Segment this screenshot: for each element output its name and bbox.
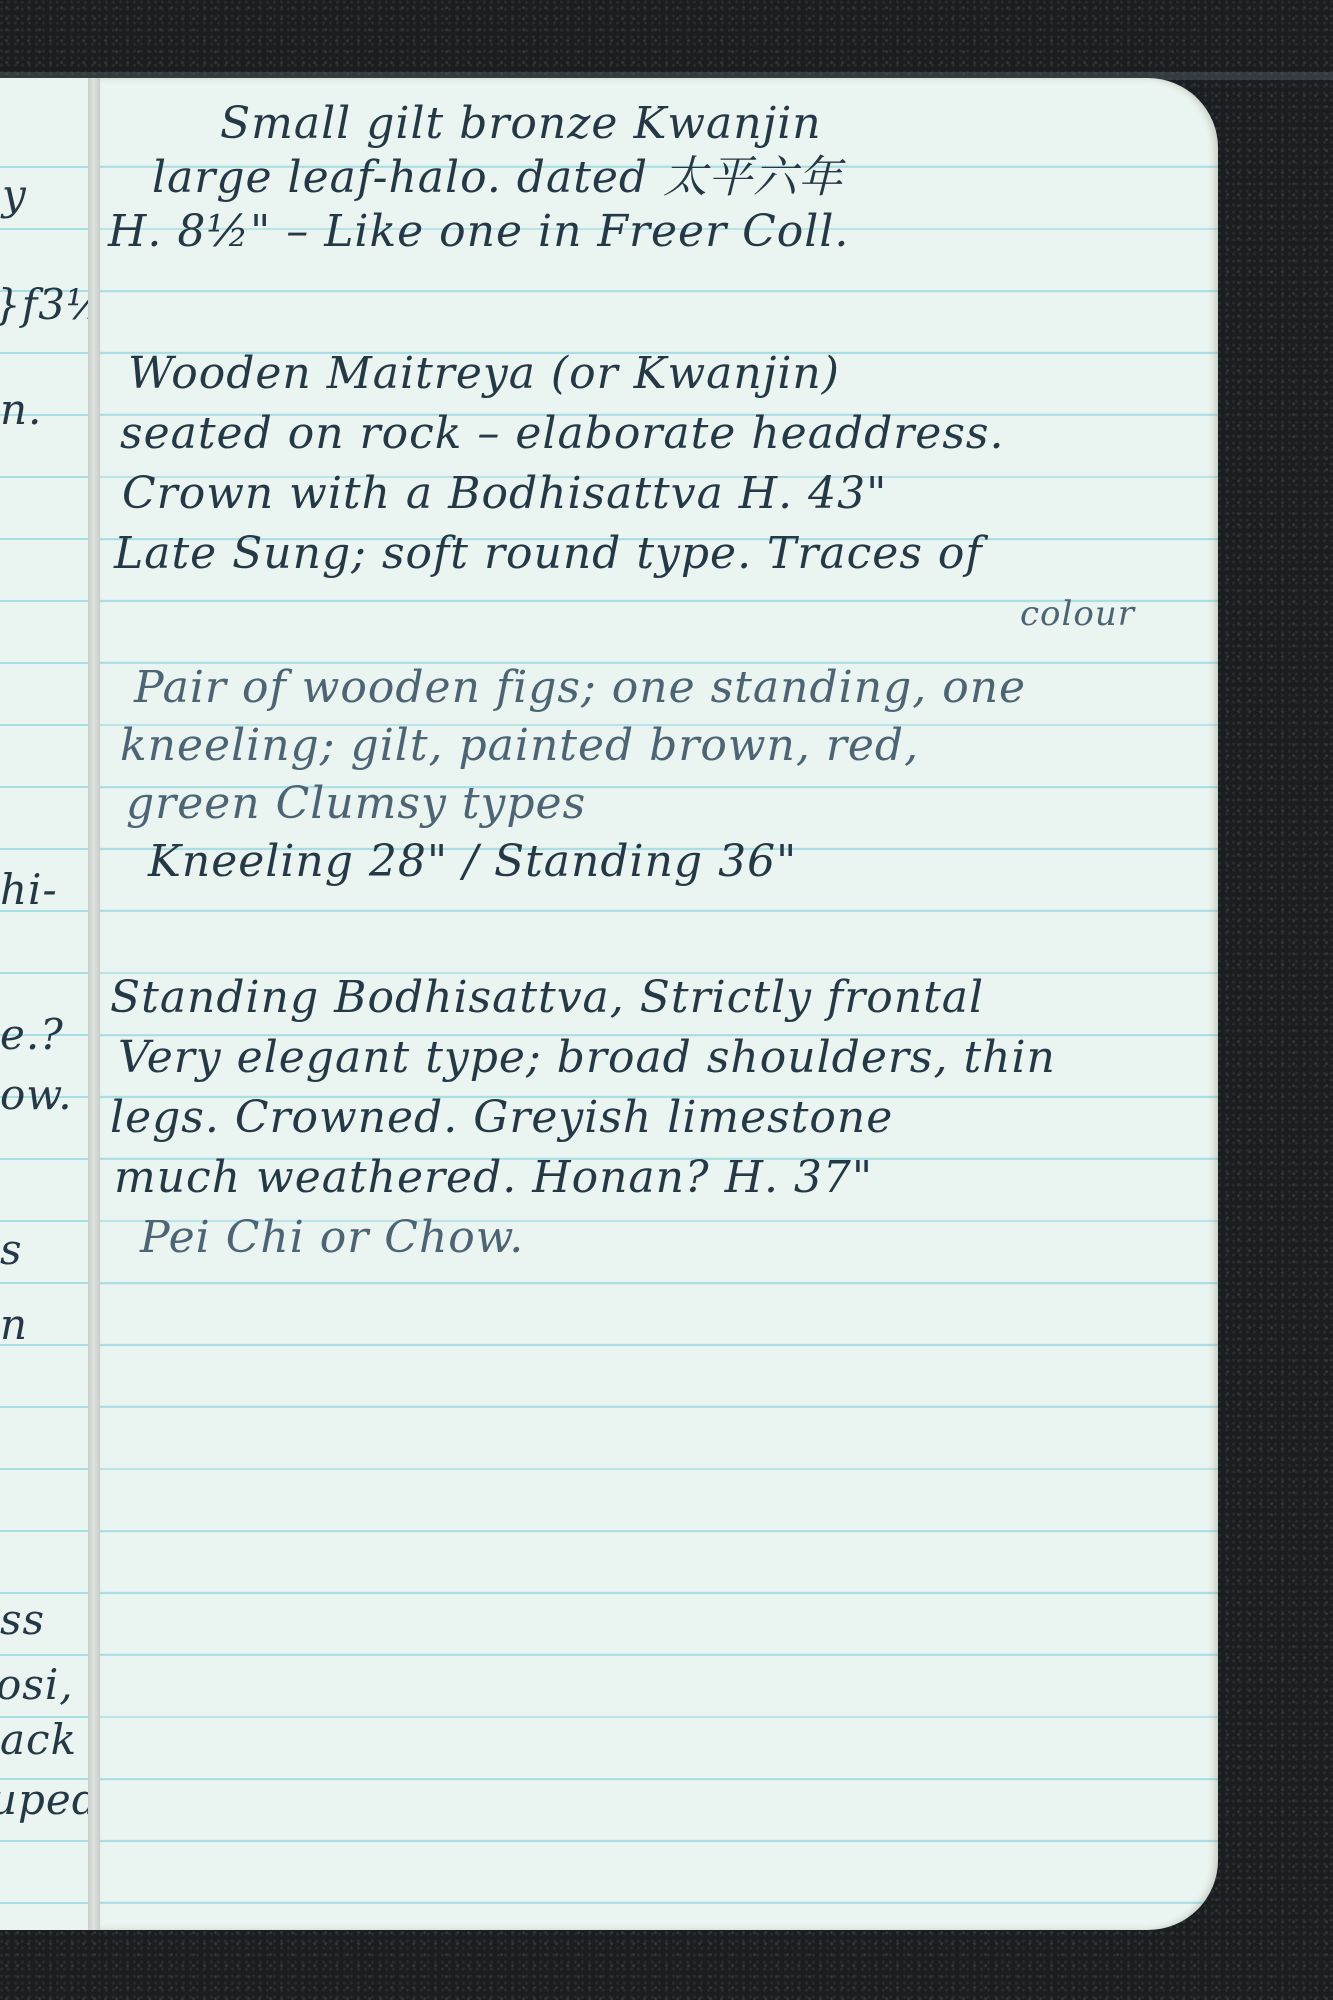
text-line: Crown with a Bodhisattva H. 43"	[122, 464, 887, 524]
text-line: much weathered. Honan? H. 37"	[114, 1148, 873, 1208]
left-fragment: s	[0, 1225, 23, 1274]
text-line: Late Sung; soft round type. Traces of	[114, 524, 983, 584]
left-fragment: ss	[0, 1595, 45, 1644]
left-fragment: n	[0, 1300, 28, 1349]
text-line: Wooden Maitreya (or Kwanjin)	[128, 344, 840, 404]
text-line: Standing Bodhisattva, Strictly frontal	[110, 968, 984, 1028]
text-line: colour	[1020, 584, 1135, 644]
text-line: Small gilt bronze Kwanjin	[220, 94, 822, 154]
left-fragment: y	[2, 170, 27, 219]
right-page: Small gilt bronze Kwanjin large leaf-hal…	[100, 78, 1218, 1930]
left-fragment: ack	[0, 1715, 77, 1764]
text-line: Pair of wooden figs; one standing, one	[134, 658, 1026, 718]
text-line: seated on rock – elaborate headdress.	[120, 404, 1004, 464]
text-line: H. 8½" – Like one in Freer Coll.	[108, 202, 849, 262]
text-line: kneeling; gilt, painted brown, red,	[120, 716, 919, 776]
left-fragment: ow.	[0, 1070, 73, 1119]
left-fragment: hi-	[0, 865, 58, 914]
left-fragment: n.	[0, 385, 42, 434]
text-line: Kneeling 28" / Standing 36"	[148, 832, 797, 892]
text-line: green Clumsy types	[126, 774, 586, 834]
left-fragment: e.?	[0, 1010, 64, 1059]
text-line: legs. Crowned. Greyish limestone	[110, 1088, 893, 1148]
text-line: Very elegant type; broad shoulders, thin	[118, 1028, 1056, 1088]
left-fragment: osi,	[0, 1660, 74, 1709]
text-line: large leaf-halo. dated 太平六年	[152, 148, 843, 208]
text-line: Pei Chi or Chow.	[140, 1208, 524, 1268]
left-page: y }f3½ n. hi- e.? ow. s n ss osi, ack up…	[0, 78, 90, 1930]
